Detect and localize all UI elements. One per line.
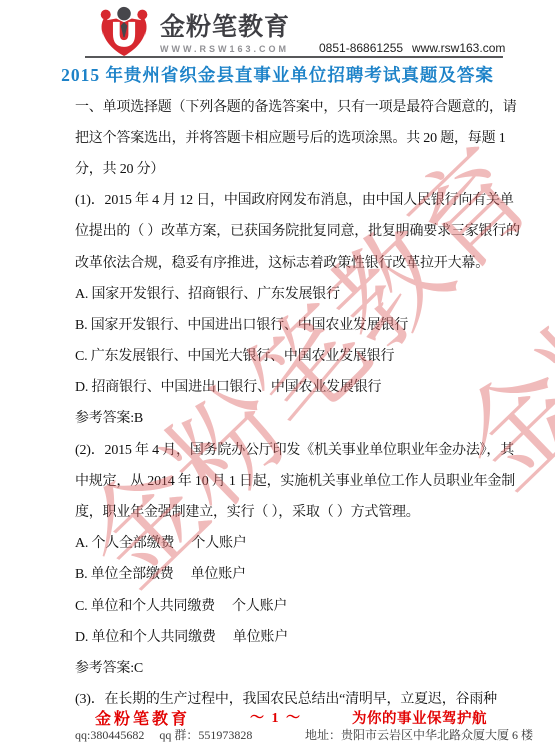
exam-content: 一、单项选择题（下列各题的备选答案中，只有一项是最符合题意的，请 把这个答案选出… <box>75 90 500 714</box>
question-1-option-a: A. 国家开发银行、招商银行、广东发展银行 <box>75 277 500 308</box>
question-2-option-c: C. 单位和个人共同缴费 个人账户 <box>75 589 500 620</box>
question-2-answer: 参考答案:C <box>75 651 500 682</box>
question-2-stem: 中规定，从 2014 年 10 月 1 日起，实施机关事业单位工作人员职业年金制 <box>75 464 500 495</box>
question-2-option-b: B. 单位全部缴费 单位账户 <box>75 558 500 589</box>
page-title: 2015 年贵州省织金县直事业单位招聘考试真题及答案 <box>0 62 555 87</box>
question-1-answer: 参考答案:B <box>75 402 500 433</box>
question-1-option-b: B. 国家开发银行、中国进出口银行、中国农业发展银行 <box>75 308 500 339</box>
header-divider <box>85 56 503 58</box>
question-2-stem: 度，职业年金强制建立，实行（ ），采取（ ）方式管理。 <box>75 495 500 526</box>
footer-qq-contact: qq:380445682 qq 群：551973828 <box>75 726 252 743</box>
intro-line: 一、单项选择题（下列各题的备选答案中，只有一项是最符合题意的，请 <box>75 90 500 121</box>
footer: 金粉笔教育 ～ 1 ～ 为你的事业保驾护航 qq:380445682 qq 群：… <box>0 700 555 751</box>
question-1-option-d: D. 招商银行、中国进出口银行、中国农业发展银行 <box>75 371 500 402</box>
question-2-stem: (2)．2015 年 4 月，国务院办公厅印发《机关事业单位职业年金办法》，其 <box>75 433 500 464</box>
question-1-option-c: C. 广东发展银行、中国光大银行、中国农业发展银行 <box>75 340 500 371</box>
question-2-option-a: A. 个人全部缴费 个人账户 <box>75 527 500 558</box>
website-url: www.rsw163.com <box>412 41 505 55</box>
question-1-stem: 改革依法合规，稳妥有序推进，这标志着政策性银行改革拉开大幕。 <box>75 246 500 277</box>
brand-site-url: WWW.RSW163.COM <box>160 44 290 54</box>
phone-number: 0851-86861255 <box>319 41 403 55</box>
logo-text: 金粉笔教育 WWW.RSW163.COM <box>160 5 290 54</box>
footer-address: 地址：贵阳市云岩区中华北路众厦大厦 6 楼 <box>305 726 533 743</box>
intro-line: 分，共 20 分） <box>75 152 500 183</box>
document-page: 金粉笔教育 金粉笔教育 <box>0 0 555 751</box>
question-1-stem: (1)．2015 年 4 月 12 日，中国政府网发布消息，由中国人民银行向有关… <box>75 184 500 215</box>
page-number: ～ 1 ～ <box>250 707 302 727</box>
intro-line: 把这个答案选出，并将答题卡相应题号后的选项涂黑。共 20 题，每题 1 <box>75 121 500 152</box>
brand-name: 金粉笔教育 <box>160 12 290 42</box>
header: 金粉笔教育 WWW.RSW163.COM 0851-86861255 www.r… <box>0 0 555 60</box>
question-2-option-d: D. 单位和个人共同缴费 单位账户 <box>75 620 500 651</box>
logo: 金粉笔教育 WWW.RSW163.COM <box>97 5 290 62</box>
jinfenbi-logo-icon <box>97 5 153 62</box>
footer-slogan: 为你的事业保驾护航 <box>352 707 487 728</box>
question-1-stem: 位提出的（ ）改革方案，已获国务院批复同意，批复明确要求三家银行的 <box>75 215 500 246</box>
